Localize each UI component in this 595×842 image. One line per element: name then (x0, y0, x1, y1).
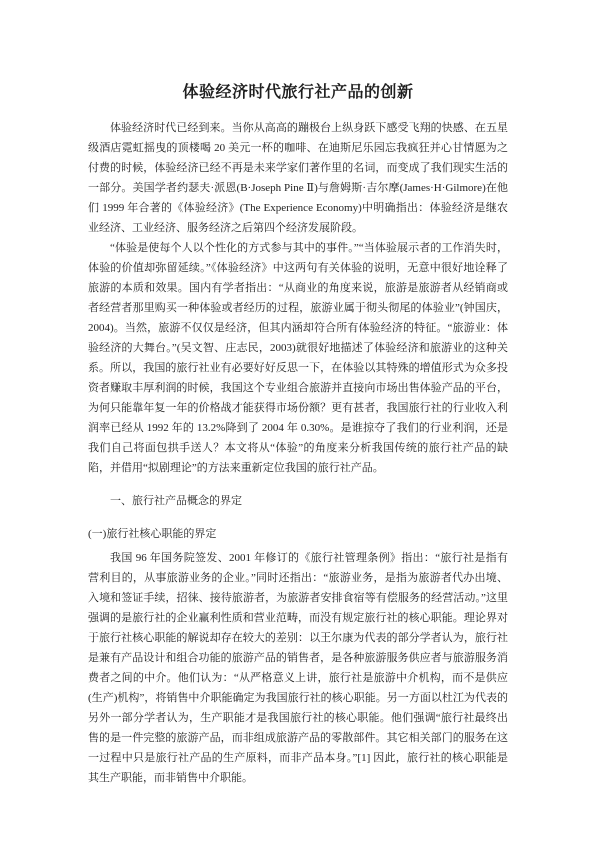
section-paragraph-1: 我国 96 年国务院签发、2001 年修订的《旅行社管理条例》指出：“旅行社是指… (88, 548, 508, 788)
intro-paragraph-2: “体验是使每个人以个性化的方式参与其中的事件。”“当体验展示者的工作消失时，体验… (88, 238, 508, 478)
document-title: 体验经济时代旅行社产品的创新 (88, 82, 508, 104)
intro-paragraph-1: 体验经济时代已经到来。当你从高高的蹦极台上纵身跃下感受飞翔的快感、在五星级酒店霓… (88, 118, 508, 238)
section-heading: 一、旅行社产品概念的界定 (88, 491, 508, 511)
document-page: 体验经济时代旅行社产品的创新 体验经济时代已经到来。当你从高高的蹦极台上纵身跃下… (0, 0, 595, 842)
document-viewer: { "doc": { "title": "体验经济时代旅行社产品的创新", "i… (0, 0, 595, 842)
subsection-heading: (一)旅行社核心职能的界定 (88, 524, 508, 544)
